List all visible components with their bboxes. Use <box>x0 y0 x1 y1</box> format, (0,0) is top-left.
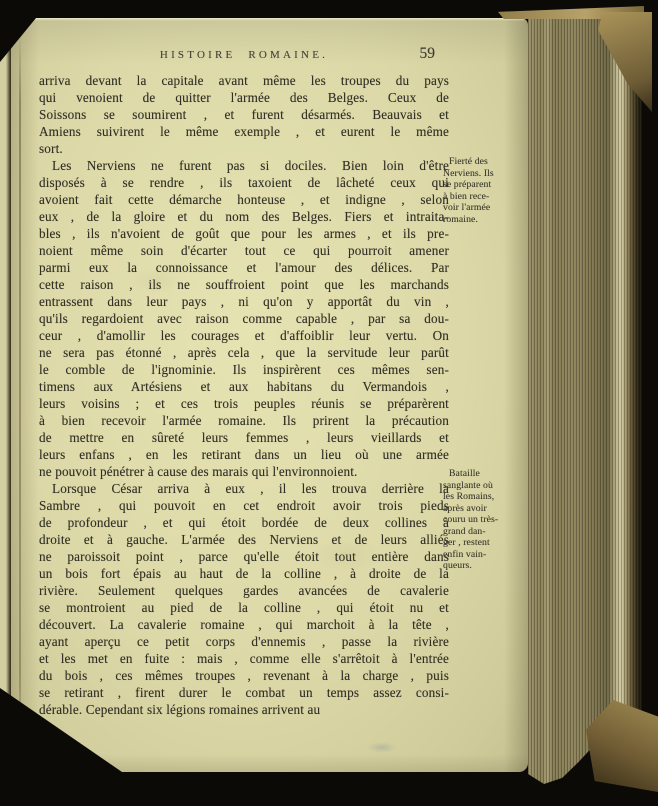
text-line: dérable. Cependant six légions romaines … <box>39 701 449 718</box>
gutter-crease <box>19 32 21 762</box>
paper-stain <box>131 268 181 294</box>
text-line: Bataille <box>443 468 527 480</box>
text-line: ne pouvoit pénétrer à cause des marais q… <box>39 463 449 480</box>
text-line: couru un très- <box>443 514 527 526</box>
book-scan-photo: HISTOIRE ROMAINE. 59 arriva devant la ca… <box>0 0 658 806</box>
text-line: du bois , ces mêmes troupes , revenant à… <box>39 667 449 684</box>
text-line: romaine. <box>443 214 527 226</box>
text-line: ceur , d'amollir les courages et d'affoi… <box>39 327 449 344</box>
text-line: le comble de l'ignominie. Ils inspirèren… <box>39 361 449 378</box>
text-line: leurs enfans , en les retirant dans un l… <box>39 446 449 463</box>
text-line: disposés à se rendre , ils taxoient de l… <box>39 174 449 191</box>
text-line: ger , restent <box>443 537 527 549</box>
text-line: Lorsque César arriva à eux , il les trou… <box>39 480 449 497</box>
text-line: parmi eux la connoissance et l'amour des… <box>39 259 449 276</box>
margin-note-fierte: Fierté desNerviens. Ilsse préparentà bie… <box>443 156 527 225</box>
paragraph-nerviens: Les Nerviens ne furent pas si dociles. B… <box>39 157 449 480</box>
text-line: sanglante où <box>443 480 527 492</box>
text-line: ne sera pas étonné , après cela , que la… <box>39 344 449 361</box>
running-head: HISTOIRE ROMAINE. 59 <box>39 49 449 67</box>
text-line: ayant aperçu ce petit corps d'ennemis , … <box>39 633 449 650</box>
running-title: HISTOIRE ROMAINE. <box>39 49 449 61</box>
text-line: grand dan- <box>443 526 527 538</box>
text-line: Nerviens. Ils <box>443 168 527 180</box>
text-line: enfin vain- <box>443 549 527 561</box>
fore-edge-pages <box>528 12 642 784</box>
text-line: découvert. La cavalerie romaine , qui ma… <box>39 616 449 633</box>
margin-note-bataille: Bataillesanglante oùles Romains,après av… <box>443 468 527 572</box>
text-line: de mettre en sûreté leurs femmes , leurs… <box>39 429 449 446</box>
text-line: de profondeur , et qui étoit bordée de d… <box>39 514 449 531</box>
text-line: avoient fait cette démarche honteuse , e… <box>39 191 449 208</box>
text-line: à bien rece- <box>443 191 527 203</box>
text-line: sort. <box>39 140 449 157</box>
paper-stain <box>311 538 381 572</box>
text-line: cette raison , ils ne souffroient point … <box>39 276 449 293</box>
text-line: à bien recevoir l'armée romaine. Ils pri… <box>39 412 449 429</box>
text-line: Fierté des <box>443 156 527 168</box>
text-line: eux , de la gloire et du nom des Belges.… <box>39 208 449 225</box>
text-line: voir l'armée <box>443 202 527 214</box>
text-line: rivière. Seulement quelques gardes avanc… <box>39 582 449 599</box>
left-page-edge <box>0 30 11 770</box>
paragraph-bataille: Lorsque César arriva à eux , il les trou… <box>39 480 449 718</box>
text-line: arriva devant la capitale avant même les… <box>39 72 449 89</box>
text-line: se retirant , firent durer le combat un … <box>39 684 449 701</box>
text-line: queurs. <box>443 560 527 572</box>
text-line: bles , ils n'avoient de goût que pour le… <box>39 225 449 242</box>
page-number: 59 <box>420 45 436 63</box>
text-line: après avoir <box>443 503 527 515</box>
text-line: timens aux Artésiens et aux habitans du … <box>39 378 449 395</box>
text-line: Les Nerviens ne furent pas si dociles. B… <box>39 157 449 174</box>
text-line: se préparent <box>443 179 527 191</box>
text-line: ne paroissoit point , parce qu'elle étoi… <box>39 548 449 565</box>
text-line: droite et à gauche. L'armée des Nerviens… <box>39 531 449 548</box>
text-line: qui venoient de quitter l'armée des Belg… <box>39 89 449 106</box>
body-text: arriva devant la capitale avant même les… <box>39 72 449 718</box>
text-line: noient même soin d'écarter tout ce qui p… <box>39 242 449 259</box>
text-line: un bois fort épais au haut de la colline… <box>39 565 449 582</box>
paragraph-continuation: arriva devant la capitale avant même les… <box>39 72 449 157</box>
text-line: qu'ils regardoient avec raison comme cap… <box>39 310 449 327</box>
text-line: Sambre , qui pouvoit en cet endroit avoi… <box>39 497 449 514</box>
book-page: HISTOIRE ROMAINE. 59 arriva devant la ca… <box>11 18 528 772</box>
text-line: et les met en fuite : mais , comme elle … <box>39 650 449 667</box>
text-line: entrassent dans leur pays , ni qu'on y a… <box>39 293 449 310</box>
text-line: Soissons se soumirent , et furent désarm… <box>39 106 449 123</box>
text-line: les Romains, <box>443 491 527 503</box>
paper-stain <box>367 742 397 753</box>
text-line: Amiens suivirent le même exemple , et eu… <box>39 123 449 140</box>
text-line: se montroient au pied de la colline , qu… <box>39 599 449 616</box>
text-line: leurs voisins ; et ces trois peuples réu… <box>39 395 449 412</box>
